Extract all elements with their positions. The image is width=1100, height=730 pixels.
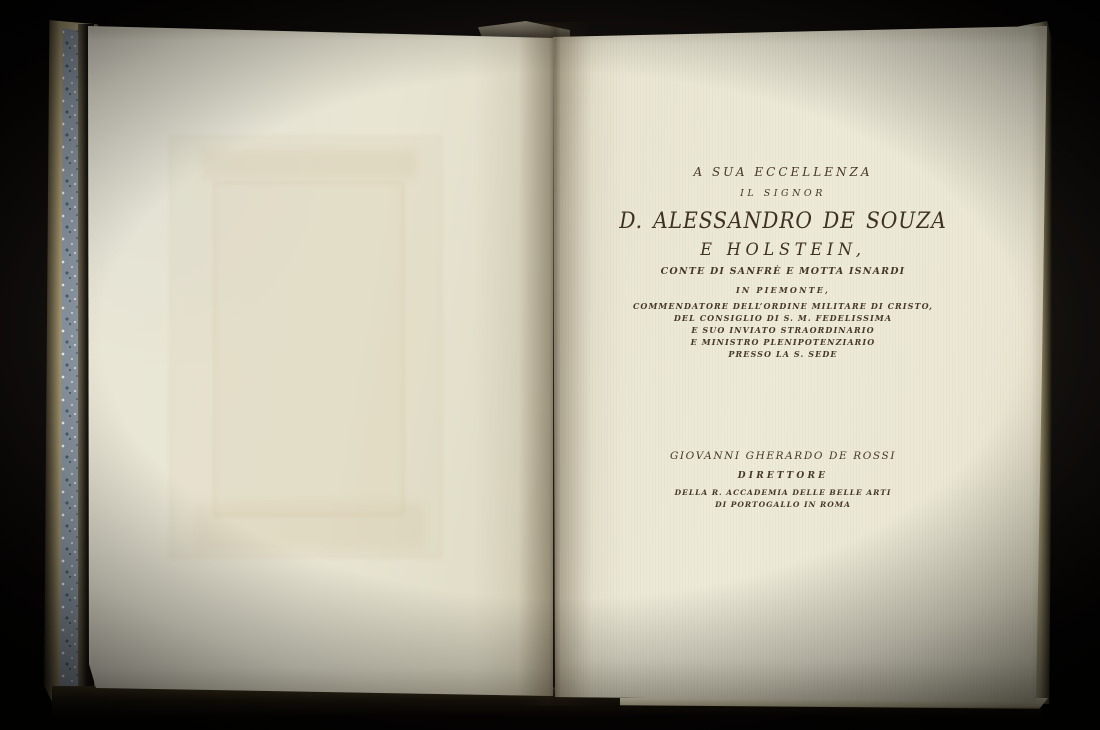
honor-line: E MINISTRO PLENIPOTENZIARIO: [553, 336, 1013, 348]
honor-line: DEL CONSIGLIO DI S. M. FEDELISSIMA: [553, 312, 1013, 324]
institution-line: DI PORTOGALLO IN ROMA: [553, 499, 1013, 511]
dedicator-role: DIRETTORE: [553, 471, 1013, 482]
left-blank-page: [84, 24, 553, 698]
salutation-line-1: A SUA ECCELLENZA: [553, 165, 1013, 179]
dedication-block: A SUA ECCELLENZA IL SIGNOR D. ALESSANDRO…: [553, 154, 1013, 510]
salutation-line-2: IL SIGNOR: [553, 188, 1013, 199]
recipient-name-line-2: E HOLSTEIN,: [565, 239, 1002, 261]
engraving-showthrough-bottom-band: [196, 502, 424, 550]
photo-backdrop: A SUA ECCELLENZA IL SIGNOR D. ALESSANDRO…: [0, 0, 1100, 730]
recipient-name-line-1: D. ALESSANDRO DE SOUZA: [571, 209, 994, 235]
recipient-title-line-2: IN PIEMONTE,: [553, 285, 1013, 295]
institution-line: DELLA R. ACCADEMIA DELLE BELLE ARTI: [553, 487, 1013, 499]
honors-list: COMMENDATORE DELL’ORDINE MILITARE DI CRI…: [553, 300, 1013, 360]
engraving-showthrough-platemark: [170, 136, 442, 558]
recipient-title-line-1: CONTE DI SANFRÈ E MOTTA ISNARDI: [553, 266, 1013, 277]
honor-line: COMMENDATORE DELL’ORDINE MILITARE DI CRI…: [553, 300, 1013, 312]
headband: [478, 21, 570, 39]
honor-line: E SUO INVIATO STRAORDINARIO: [553, 324, 1013, 336]
honor-line: PRESSO LA S. SEDE: [553, 348, 1013, 360]
right-dedication-page: A SUA ECCELLENZA IL SIGNOR D. ALESSANDRO…: [553, 24, 1047, 703]
dedicator-institution: DELLA R. ACCADEMIA DELLE BELLE ARTI DI P…: [553, 487, 1013, 510]
engraving-showthrough-top-band: [202, 150, 416, 178]
engraving-showthrough-frame: [214, 182, 404, 516]
dedicator-name: GIOVANNI GHERARDO DE ROSSI: [553, 450, 1013, 463]
